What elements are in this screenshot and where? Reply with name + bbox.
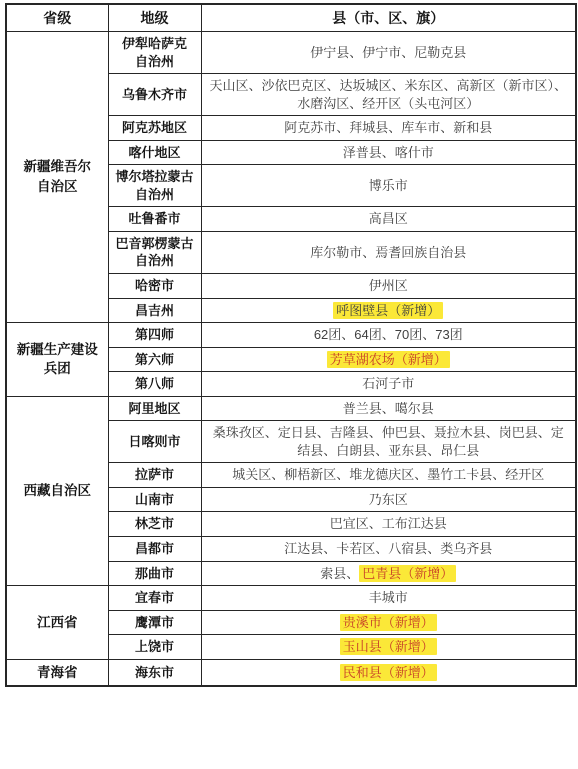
prefecture-cell: 第四师 bbox=[108, 323, 201, 348]
prefecture-cell: 伊犁哈萨克 自治州 bbox=[108, 32, 201, 74]
prefecture-cell: 昌都市 bbox=[108, 537, 201, 562]
county-text: 巴宜区、工布江达县 bbox=[330, 516, 447, 531]
prefecture-cell: 第八师 bbox=[108, 372, 201, 397]
prefecture-cell: 山南市 bbox=[108, 487, 201, 512]
county-highlighted-text: 呼图壁县（新增） bbox=[333, 302, 443, 319]
county-text: 阿克苏市、拜城县、库车市、新和县 bbox=[284, 120, 492, 135]
county-text: 江达县、卡若区、八宿县、类乌齐县 bbox=[284, 541, 492, 556]
county-cell: 普兰县、噶尔县 bbox=[201, 396, 576, 421]
prefecture-cell: 拉萨市 bbox=[108, 463, 201, 488]
prefecture-cell: 阿克苏地区 bbox=[108, 116, 201, 141]
county-cell: 巴宜区、工布江达县 bbox=[201, 512, 576, 537]
prefecture-cell: 博尔塔拉蒙古 自治州 bbox=[108, 165, 201, 207]
prefecture-cell: 那曲市 bbox=[108, 561, 201, 586]
county-cell: 伊州区 bbox=[201, 274, 576, 299]
table-row: 西藏自治区阿里地区普兰县、噶尔县 bbox=[6, 396, 576, 421]
table-row: 新疆生产建设 兵团第四师62团、64团、70团、73团 bbox=[6, 323, 576, 348]
county-text: 伊州区 bbox=[369, 278, 408, 293]
prefecture-cell: 昌吉州 bbox=[108, 298, 201, 323]
county-cell: 桑珠孜区、定日县、吉隆县、仲巴县、聂拉木县、岗巴县、定结县、白朗县、亚东县、昂仁… bbox=[201, 421, 576, 463]
county-text: 博乐市 bbox=[369, 178, 408, 193]
county-cell: 呼图壁县（新增） bbox=[201, 298, 576, 323]
county-cell: 库尔勒市、焉耆回族自治县 bbox=[201, 231, 576, 273]
county-cell: 高昌区 bbox=[201, 207, 576, 232]
document-page: 省级 地级 县（市、区、旗） 新疆维吾尔 自治区伊犁哈萨克 自治州伊宁县、伊宁市… bbox=[0, 0, 578, 769]
county-cell: 城关区、柳梧新区、堆龙德庆区、墨竹工卡县、经开区 bbox=[201, 463, 576, 488]
prefecture-cell: 哈密市 bbox=[108, 274, 201, 299]
province-cell: 新疆维吾尔 自治区 bbox=[6, 32, 108, 323]
province-cell: 江西省 bbox=[6, 586, 108, 660]
table-row: 新疆维吾尔 自治区伊犁哈萨克 自治州伊宁县、伊宁市、尼勒克县 bbox=[6, 32, 576, 74]
county-text: 62团、64团、70团、73团 bbox=[314, 327, 463, 342]
county-cell: 阿克苏市、拜城县、库车市、新和县 bbox=[201, 116, 576, 141]
county-text: 天山区、沙依巴克区、达坂城区、米东区、高新区（新市区）、水磨沟区、经开区（头屯河… bbox=[209, 78, 567, 111]
province-cell: 西藏自治区 bbox=[6, 396, 108, 585]
county-text: 伊宁县、伊宁市、尼勒克县 bbox=[310, 45, 466, 60]
prefecture-cell: 乌鲁木齐市 bbox=[108, 74, 201, 116]
county-highlighted-text: 芳草湖农场（新增） bbox=[327, 351, 450, 368]
county-cell: 玉山县（新增） bbox=[201, 635, 576, 660]
county-text: 普兰县、噶尔县 bbox=[343, 401, 434, 416]
county-text: 库尔勒市、焉耆回族自治县 bbox=[310, 245, 466, 260]
county-text: 泽普县、喀什市 bbox=[343, 145, 434, 160]
prefecture-cell: 日喀则市 bbox=[108, 421, 201, 463]
province-cell: 青海省 bbox=[6, 659, 108, 686]
county-highlighted-text: 玉山县（新增） bbox=[340, 638, 437, 655]
county-cell: 天山区、沙依巴克区、达坂城区、米东区、高新区（新市区）、水磨沟区、经开区（头屯河… bbox=[201, 74, 576, 116]
prefecture-cell: 喀什地区 bbox=[108, 140, 201, 165]
header-row: 省级 地级 县（市、区、旗） bbox=[6, 4, 576, 32]
county-cell: 江达县、卡若区、八宿县、类乌齐县 bbox=[201, 537, 576, 562]
county-cell: 芳草湖农场（新增） bbox=[201, 347, 576, 372]
county-cell: 丰城市 bbox=[201, 586, 576, 611]
county-cell: 索县、巴青县（新增） bbox=[201, 561, 576, 586]
prefecture-cell: 海东市 bbox=[108, 659, 201, 686]
prefecture-cell: 第六师 bbox=[108, 347, 201, 372]
table-header: 省级 地级 县（市、区、旗） bbox=[6, 4, 576, 32]
county-cell: 伊宁县、伊宁市、尼勒克县 bbox=[201, 32, 576, 74]
county-cell: 乃东区 bbox=[201, 487, 576, 512]
table-row: 青海省海东市民和县（新增） bbox=[6, 659, 576, 686]
county-text: 索县、 bbox=[320, 566, 359, 581]
header-prefecture: 地级 bbox=[108, 4, 201, 32]
county-cell: 泽普县、喀什市 bbox=[201, 140, 576, 165]
table-body: 新疆维吾尔 自治区伊犁哈萨克 自治州伊宁县、伊宁市、尼勒克县乌鲁木齐市天山区、沙… bbox=[6, 32, 576, 687]
prefecture-cell: 巴音郭楞蒙古 自治州 bbox=[108, 231, 201, 273]
table-row: 江西省宜春市丰城市 bbox=[6, 586, 576, 611]
county-text: 石河子市 bbox=[362, 376, 414, 391]
header-province: 省级 bbox=[6, 4, 108, 32]
county-text: 丰城市 bbox=[369, 590, 408, 605]
province-cell: 新疆生产建设 兵团 bbox=[6, 323, 108, 397]
county-text: 乃东区 bbox=[369, 492, 408, 507]
county-highlighted-text: 民和县（新增） bbox=[340, 664, 437, 681]
county-text: 城关区、柳梧新区、堆龙德庆区、墨竹工卡县、经开区 bbox=[232, 467, 544, 482]
header-county: 县（市、区、旗） bbox=[201, 4, 576, 32]
prefecture-cell: 鹰潭市 bbox=[108, 610, 201, 635]
prefecture-cell: 吐鲁番市 bbox=[108, 207, 201, 232]
prefecture-cell: 阿里地区 bbox=[108, 396, 201, 421]
county-cell: 博乐市 bbox=[201, 165, 576, 207]
county-highlighted-text: 巴青县（新增） bbox=[359, 565, 456, 582]
county-highlighted-text: 贵溪市（新增） bbox=[340, 614, 437, 631]
county-cell: 石河子市 bbox=[201, 372, 576, 397]
county-cell: 民和县（新增） bbox=[201, 659, 576, 686]
prefecture-cell: 上饶市 bbox=[108, 635, 201, 660]
county-text: 高昌区 bbox=[369, 211, 408, 226]
prefecture-cell: 林芝市 bbox=[108, 512, 201, 537]
prefecture-cell: 宜春市 bbox=[108, 586, 201, 611]
county-cell: 贵溪市（新增） bbox=[201, 610, 576, 635]
admin-divisions-table: 省级 地级 县（市、区、旗） 新疆维吾尔 自治区伊犁哈萨克 自治州伊宁县、伊宁市… bbox=[5, 3, 577, 687]
county-cell: 62团、64团、70团、73团 bbox=[201, 323, 576, 348]
county-text: 桑珠孜区、定日县、吉隆县、仲巴县、聂拉木县、岗巴县、定结县、白朗县、亚东县、昂仁… bbox=[213, 425, 564, 458]
